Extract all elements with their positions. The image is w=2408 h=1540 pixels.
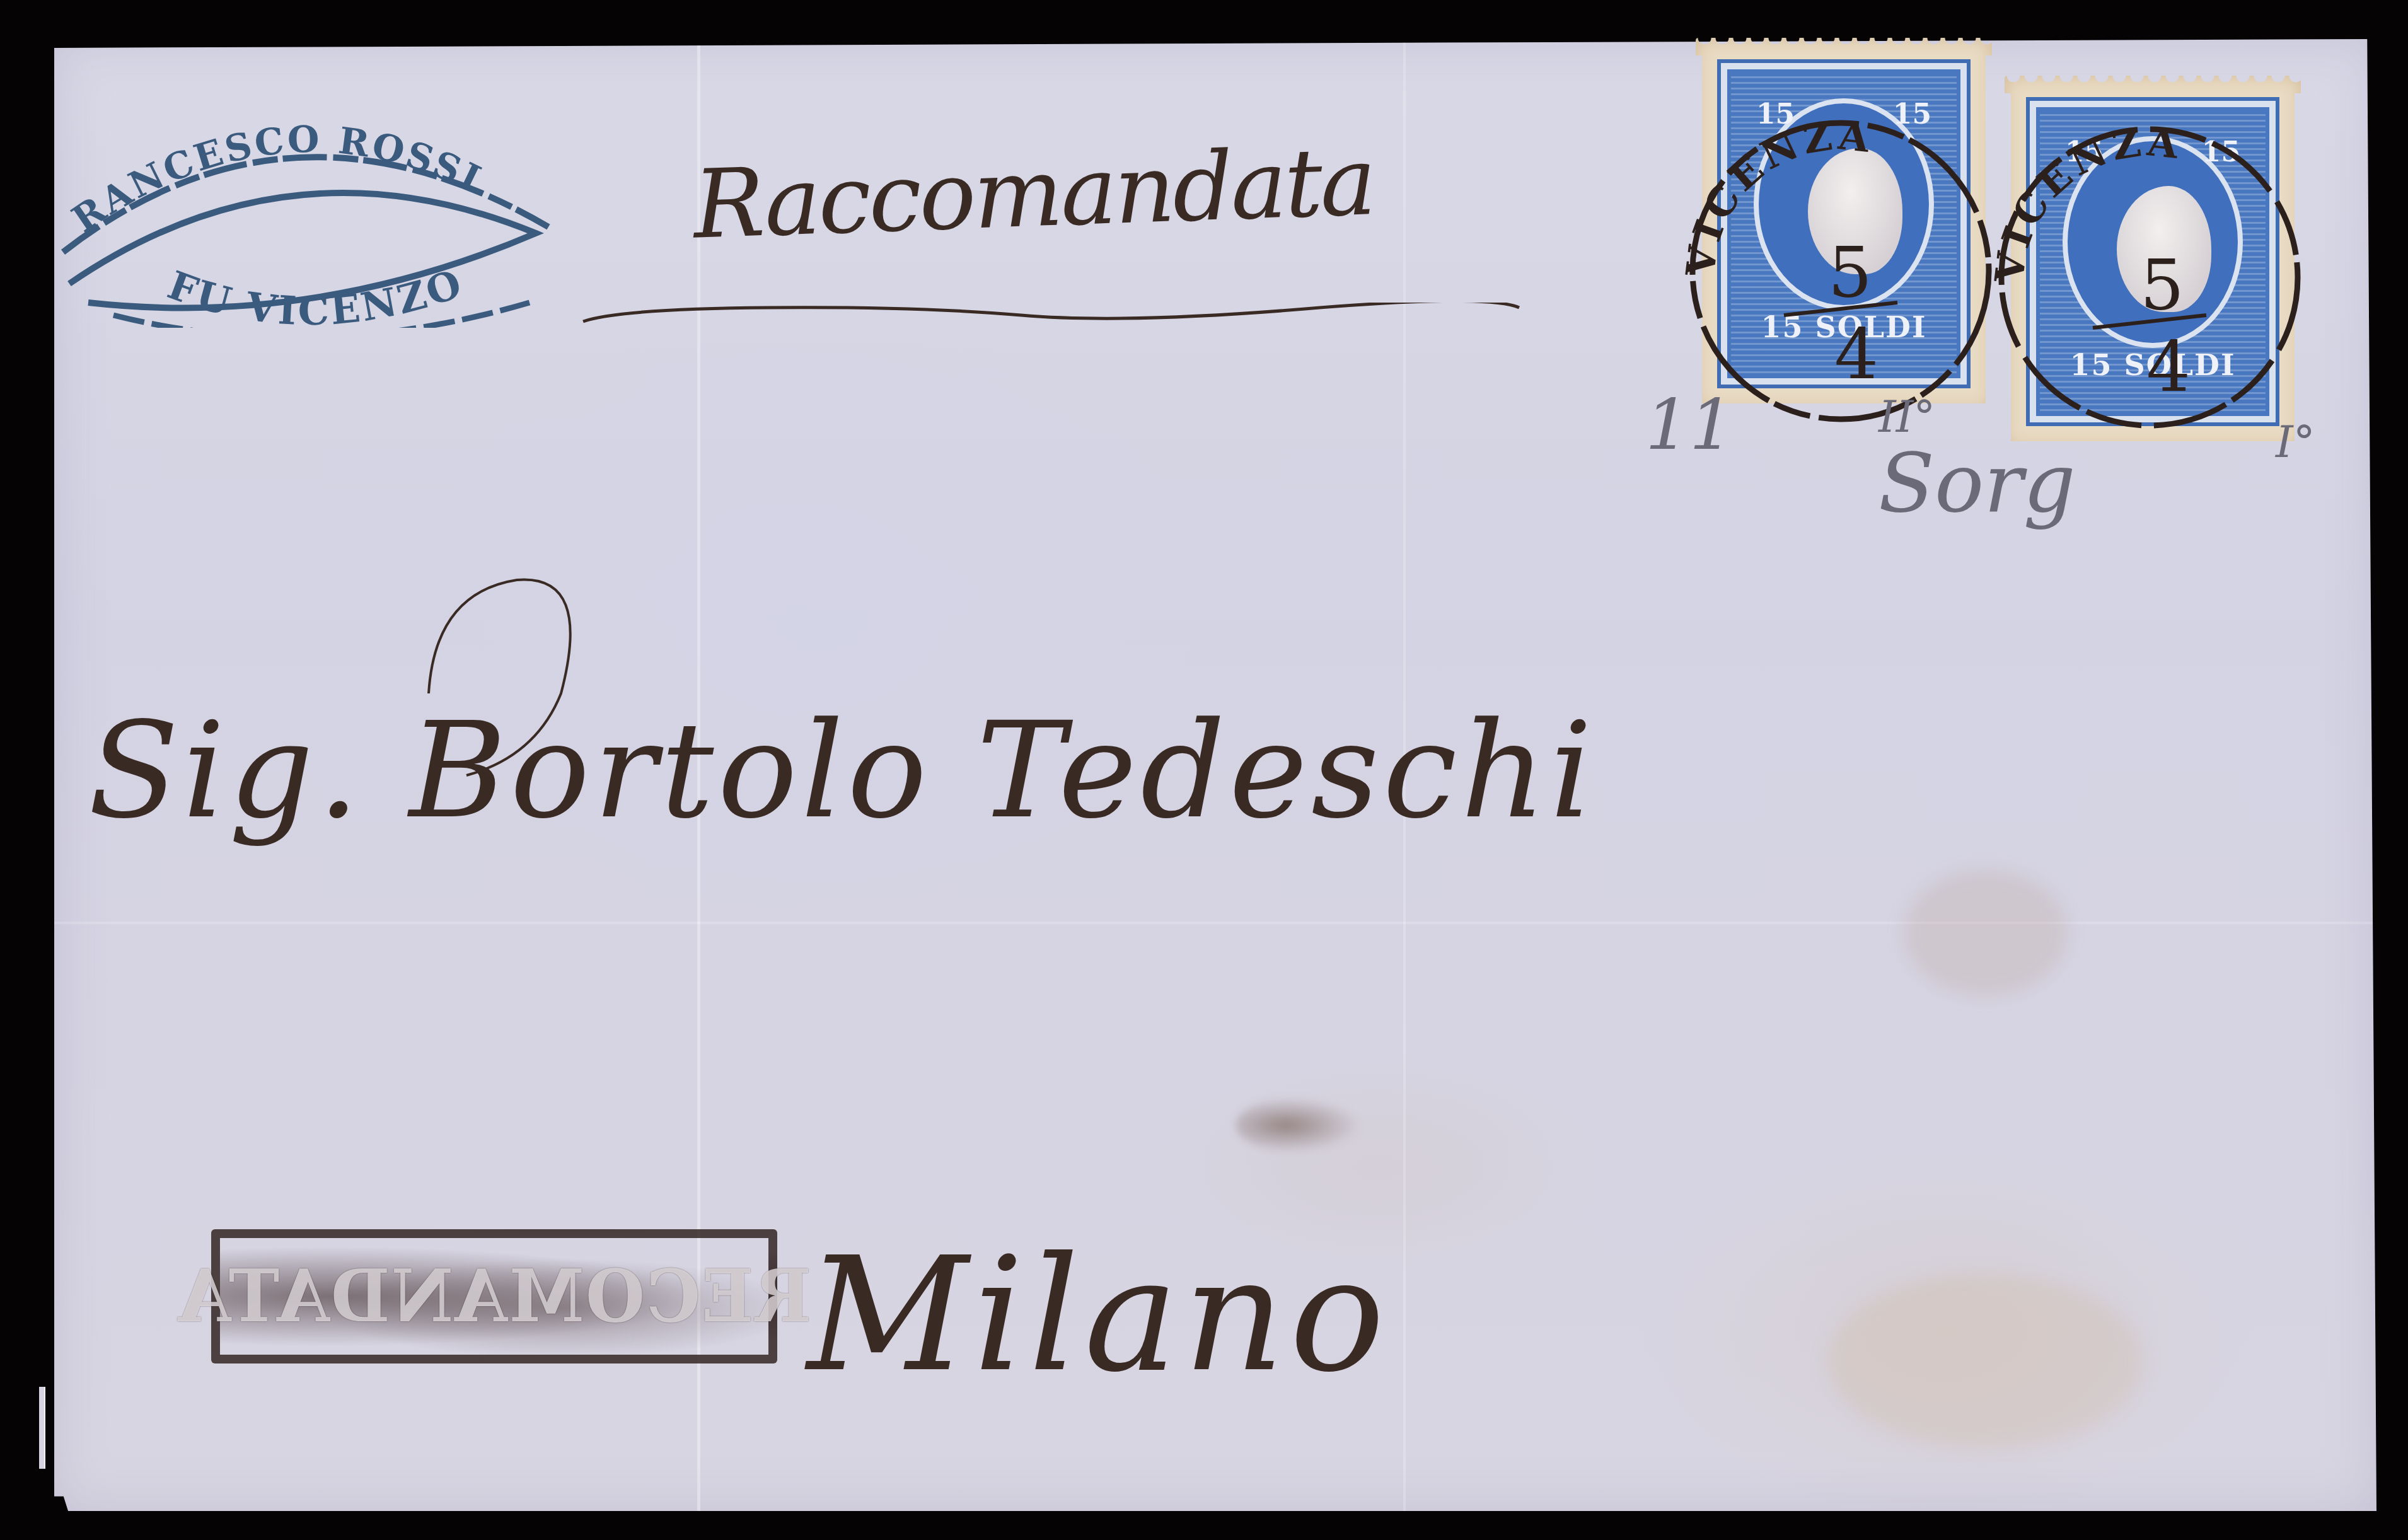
ink-blot [1236,1097,1362,1154]
pencil-note-stamp-right: I° [2276,416,2315,468]
registration-handstamp: RECOMANDATA [211,1229,777,1363]
endorsement-underline [580,303,1525,328]
foxing-stain [1828,1273,2143,1450]
sender-sub-text: FU VICENZO [162,260,470,328]
lower-flap-edge [39,1387,45,1469]
pencil-signature: Sorg [1878,435,2076,531]
address-city: Milano [807,1223,1389,1406]
cancel-day: 5 [1828,232,1872,313]
sender-oval-handstamp: RANCESCO ROSSI FU VICENZO [50,95,567,328]
sender-name-text: RANCESCO ROSSI [64,118,489,241]
cancel-day: 5 [2140,245,2184,325]
registration-text: RECOMANDATA [177,1254,811,1338]
pencil-note: 11 [1645,385,1734,465]
date-cancel-right: VICENZA 5 4 [1986,113,2313,441]
foxing-stain [1904,870,2068,996]
address-recipient: Sig. Bortolo Tedeschi [88,693,1596,848]
cancel-month: 4 [2146,327,2191,407]
cancel-month: 4 [1834,314,1878,395]
